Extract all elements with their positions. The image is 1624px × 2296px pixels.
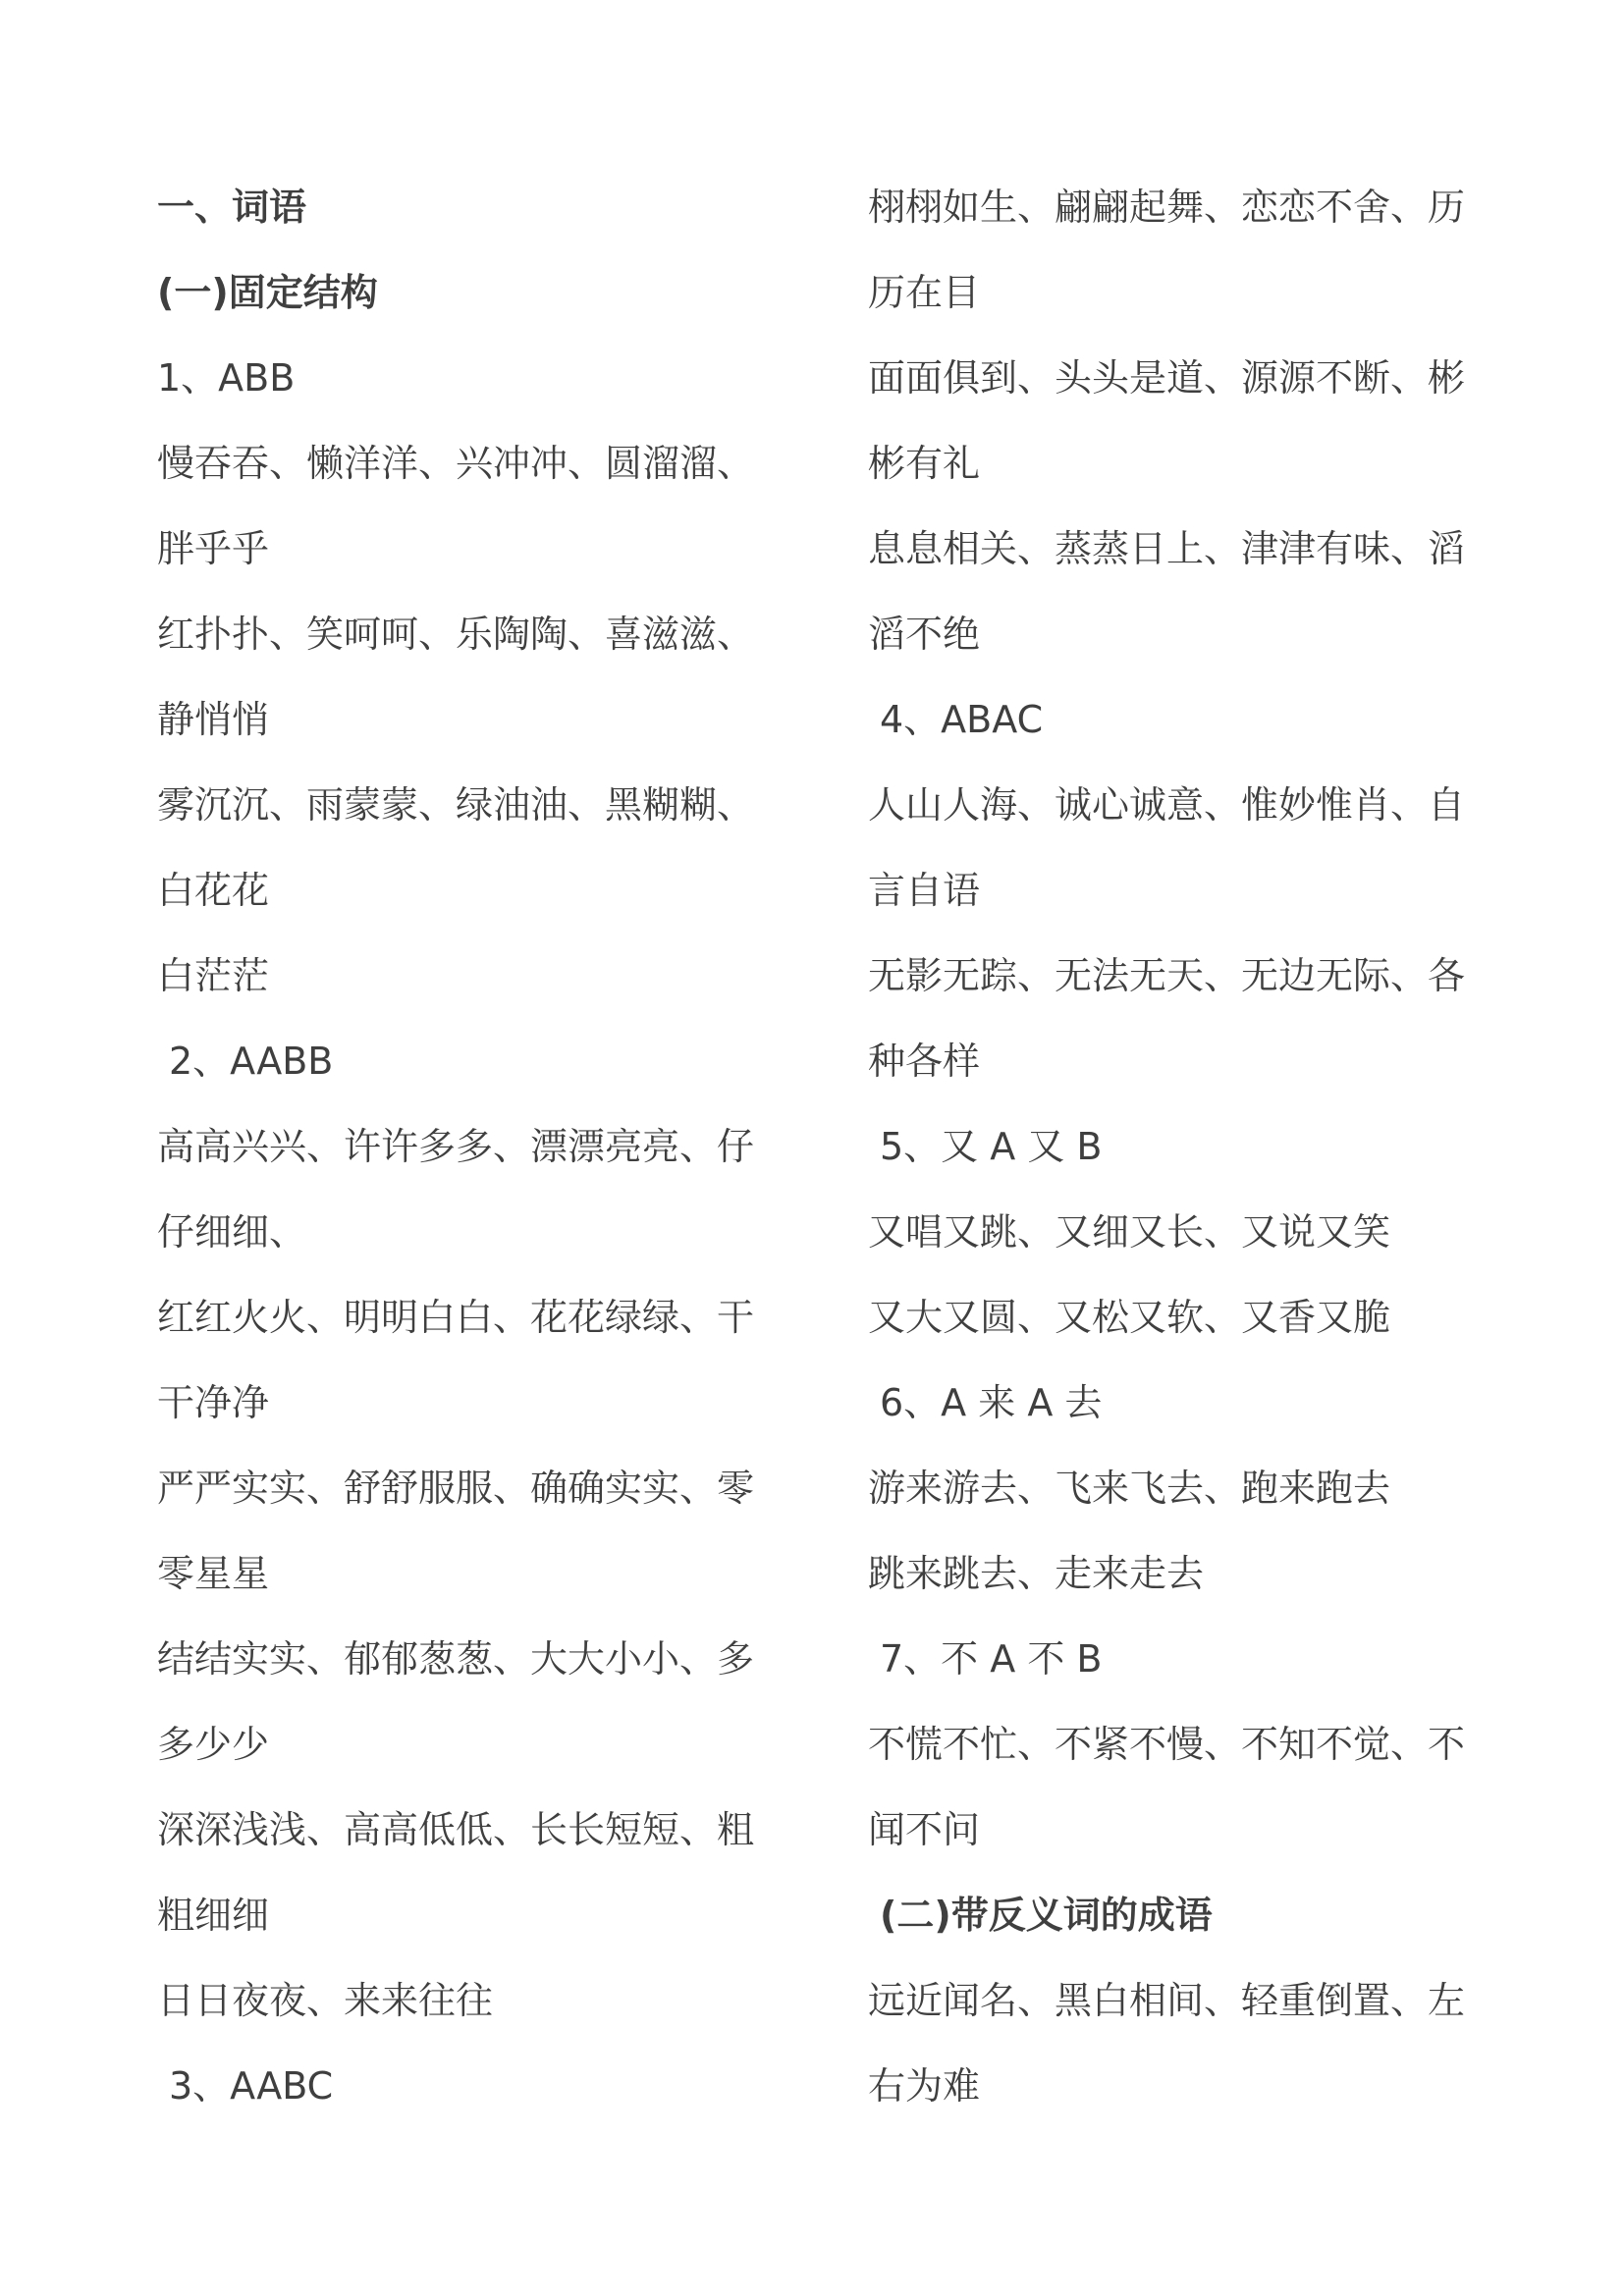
text-line: 彬有礼: [868, 421, 1536, 507]
right-column: 栩栩如生、翩翩起舞、恋恋不舍、历 历在目 面面俱到、头头是道、源源不断、彬 彬有…: [868, 165, 1536, 2129]
text-line: 无影无踪、无法无天、无边无际、各: [868, 934, 1536, 1019]
text-line: 种各样: [868, 1019, 1536, 1104]
pattern-heading-abb: 1、ABB: [157, 336, 825, 421]
text-line: 干净净: [157, 1361, 825, 1446]
text-line: 红扑扑、笑呵呵、乐陶陶、喜滋滋、: [157, 592, 825, 677]
text-line: 滔不绝: [868, 592, 1536, 677]
text-line: 不慌不忙、不紧不慢、不知不觉、不: [868, 1702, 1536, 1788]
text-line: 息息相关、蒸蒸日上、津津有味、滔: [868, 507, 1536, 592]
pattern-heading-bu-a-bu-b: 7、不 A 不 B: [868, 1617, 1536, 1702]
pattern-heading-a-lai-a-qu: 6、A 来 A 去: [868, 1361, 1536, 1446]
text-line: 闻不问: [868, 1788, 1536, 1873]
text-line: 远近闻名、黑白相间、轻重倒置、左: [868, 1958, 1536, 2044]
text-line: 粗细细: [157, 1873, 825, 1958]
text-line: 深深浅浅、高高低低、长长短短、粗: [157, 1788, 825, 1873]
text-line: 又大又圆、又松又软、又香又脆: [868, 1275, 1536, 1361]
text-line: 慢吞吞、懒洋洋、兴冲冲、圆溜溜、: [157, 421, 825, 507]
text-line: 面面俱到、头头是道、源源不断、彬: [868, 336, 1536, 421]
text-line: 白花花: [157, 848, 825, 934]
pattern-heading-aabc: 3、AABC: [157, 2044, 825, 2129]
pattern-heading-you-a-you-b: 5、又 A 又 B: [868, 1104, 1536, 1190]
text-line: 栩栩如生、翩翩起舞、恋恋不舍、历: [868, 165, 1536, 250]
text-line: 零星星: [157, 1531, 825, 1617]
subsection-heading-fixed-structure: (一)固定结构: [157, 250, 825, 336]
text-line: 右为难: [868, 2044, 1536, 2129]
section-heading-words: 一、词语: [157, 165, 825, 250]
pattern-heading-abac: 4、ABAC: [868, 677, 1536, 763]
text-line: 仔细细、: [157, 1190, 825, 1275]
text-line: 胖乎乎: [157, 507, 825, 592]
left-column: 一、词语 (一)固定结构 1、ABB 慢吞吞、懒洋洋、兴冲冲、圆溜溜、 胖乎乎 …: [157, 165, 825, 2129]
text-line: 又唱又跳、又细又长、又说又笑: [868, 1190, 1536, 1275]
text-line: 历在目: [868, 250, 1536, 336]
text-line: 言自语: [868, 848, 1536, 934]
text-line: 结结实实、郁郁葱葱、大大小小、多: [157, 1617, 825, 1702]
pattern-heading-aabb: 2、AABB: [157, 1019, 825, 1104]
text-line: 跳来跳去、走来走去: [868, 1531, 1536, 1617]
text-line: 人山人海、诚心诚意、惟妙惟肖、自: [868, 763, 1536, 848]
text-line: 雾沉沉、雨蒙蒙、绿油油、黑糊糊、: [157, 763, 825, 848]
subsection-heading-antonym-idioms: (二)带反义词的成语: [868, 1873, 1536, 1958]
text-line: 日日夜夜、来来往往: [157, 1958, 825, 2044]
text-line: 静悄悄: [157, 677, 825, 763]
text-line: 游来游去、飞来飞去、跑来跑去: [868, 1446, 1536, 1531]
document-page: 一、词语 (一)固定结构 1、ABB 慢吞吞、懒洋洋、兴冲冲、圆溜溜、 胖乎乎 …: [0, 0, 1624, 2296]
text-line: 白茫茫: [157, 934, 825, 1019]
text-line: 严严实实、舒舒服服、确确实实、零: [157, 1446, 825, 1531]
text-line: 多少少: [157, 1702, 825, 1788]
text-line: 红红火火、明明白白、花花绿绿、干: [157, 1275, 825, 1361]
text-line: 高高兴兴、许许多多、漂漂亮亮、仔: [157, 1104, 825, 1190]
